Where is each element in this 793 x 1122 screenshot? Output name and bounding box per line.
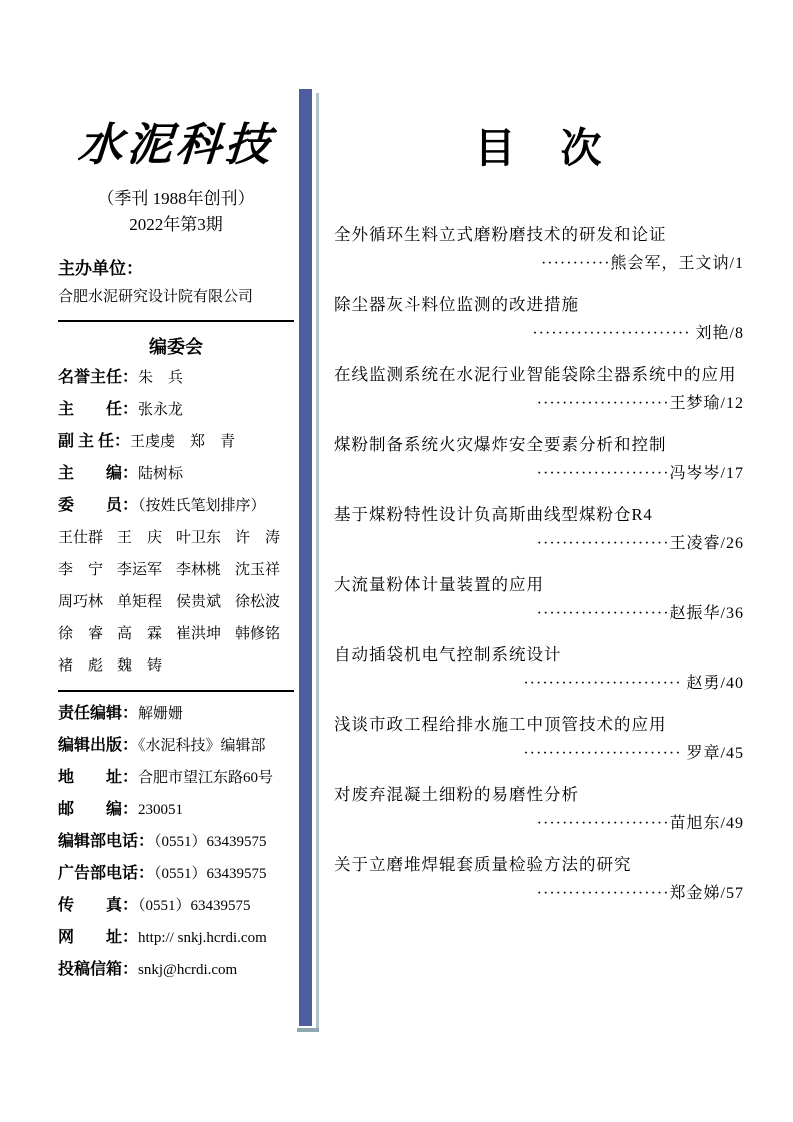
board-row-label: 主 编： <box>58 465 138 482</box>
rule-top <box>58 320 294 322</box>
info-row-label: 投稿信箱： <box>58 961 138 978</box>
member-name: 侯贵斌 <box>176 586 235 618</box>
toc-entry: 除尘器灰斗料位监测的改进措施 ·························… <box>334 290 744 348</box>
toc-entry: 对废弃混凝土细粉的易磨性分析 ·····················苗旭东/… <box>334 780 744 838</box>
toc-entry: 浅谈市政工程给排水施工中顶管技术的应用 ····················… <box>334 710 744 768</box>
board-row-value: 张永龙 <box>138 402 183 418</box>
journal-subtitle: （季刊 1988年创刊） <box>58 186 294 212</box>
info-row-label: 邮 编： <box>58 801 138 818</box>
member-name: 高 霖 <box>117 618 176 650</box>
member-name: 李林桃 <box>176 554 235 586</box>
toc-entry-byline: ························· 刘艳/8 <box>334 319 744 348</box>
editorial-board-members: 王仕群 王 庆 叶卫东 许 涛 李 宁 李运军 李林桃 沈玉祥 周巧林 单矩程 … <box>58 522 294 682</box>
editorial-board-heading: 编委会 <box>58 332 294 362</box>
board-row: 名誉主任：朱 兵 <box>58 362 294 394</box>
info-row-label: 责任编辑： <box>58 705 138 722</box>
divider-bottom-shadow <box>297 1028 319 1032</box>
member-name: 许 涛 <box>235 522 294 554</box>
toc-entry-byline: ························· 赵勇/40 <box>334 669 744 698</box>
organizer-name: 合肥水泥研究设计院有限公司 <box>58 284 294 320</box>
info-row: 广告部电话：（0551）63439575 <box>58 858 294 890</box>
info-row: 地 址：合肥市望江东路60号 <box>58 762 294 794</box>
rule-bottom <box>58 690 294 692</box>
toc-entry-title: 在线监测系统在水泥行业智能袋除尘器系统中的应用 <box>334 360 744 389</box>
toc-entry-byline: ·····················郑金娣/57 <box>334 879 744 908</box>
info-row: 编辑部电话：（0551）63439575 <box>58 826 294 858</box>
member-name: 魏 铸 <box>117 650 176 682</box>
member-name: 徐 睿 <box>58 618 117 650</box>
toc-entry-byline: ·····················赵振华/36 <box>334 599 744 628</box>
toc-entry-title: 对废弃混凝土细粉的易磨性分析 <box>334 780 744 809</box>
info-row-value: 合肥市望江东路60号 <box>138 770 273 786</box>
member-name <box>176 650 235 682</box>
toc-entry: 基于煤粉特性设计负高斯曲线型煤粉仓R4 ····················… <box>334 500 744 558</box>
info-row-value: （0551）63439575 <box>138 898 251 914</box>
info-row: 邮 编：230051 <box>58 794 294 826</box>
member-name: 单矩程 <box>117 586 176 618</box>
info-row-label: 编辑出版： <box>58 737 138 754</box>
toc-entry-title: 基于煤粉特性设计负高斯曲线型煤粉仓R4 <box>334 500 744 529</box>
publication-info: 责任编辑：解姗姗 编辑出版：《水泥科技》编辑部 地 址：合肥市望江东路60号 邮… <box>58 698 294 986</box>
board-row: 委 员：（按姓氏笔划排序） <box>58 490 294 522</box>
member-name: 褚 彪 <box>58 650 117 682</box>
info-row: 编辑出版：《水泥科技》编辑部 <box>58 730 294 762</box>
toc-entry: 煤粉制备系统火灾爆炸安全要素分析和控制 ····················… <box>334 430 744 488</box>
board-row: 副 主 任：王虔虔 郑 青 <box>58 426 294 458</box>
toc-entry: 大流量粉体计量装置的应用 ·····················赵振华/36 <box>334 570 744 628</box>
toc-entry-title: 自动插袋机电气控制系统设计 <box>334 640 744 669</box>
divider-right-shadow <box>316 93 319 1030</box>
toc-entry-title: 煤粉制备系统火灾爆炸安全要素分析和控制 <box>334 430 744 459</box>
toc-entry-byline: ·····················王梦瑜/12 <box>334 389 744 418</box>
info-row: 传 真：（0551）63439575 <box>58 890 294 922</box>
member-name: 李 宁 <box>58 554 117 586</box>
board-row-label: 副 主 任： <box>58 433 130 450</box>
member-name: 王仕群 <box>58 522 117 554</box>
board-row-label: 名誉主任： <box>58 369 138 386</box>
info-row-label: 广告部电话： <box>58 865 154 882</box>
board-row-value: （按姓氏笔划排序） <box>138 498 266 514</box>
toc-entry-title: 全外循环生料立式磨粉磨技术的研发和论证 <box>334 220 744 249</box>
board-row: 主 任：张永龙 <box>58 394 294 426</box>
left-column: 水泥科技 （季刊 1988年创刊） 2022年第3期 主办单位： 合肥水泥研究设… <box>58 110 294 986</box>
member-name: 韩修铭 <box>235 618 294 650</box>
member-name: 崔洪坤 <box>176 618 235 650</box>
organizer-label: 主办单位： <box>58 254 294 284</box>
board-row-value: 朱 兵 <box>138 370 183 386</box>
toc-entry-title: 浅谈市政工程给排水施工中顶管技术的应用 <box>334 710 744 739</box>
info-row-value: （0551）63439575 <box>154 834 267 850</box>
member-name: 徐松波 <box>235 586 294 618</box>
member-name: 李运军 <box>117 554 176 586</box>
board-row-value: 陆树标 <box>138 466 183 482</box>
journal-cover-page: 水泥科技 （季刊 1988年创刊） 2022年第3期 主办单位： 合肥水泥研究设… <box>0 0 793 1122</box>
toc-entry-title: 除尘器灰斗料位监测的改进措施 <box>334 290 744 319</box>
toc-entry-byline: ·····················冯岑岑/17 <box>334 459 744 488</box>
board-row: 主 编：陆树标 <box>58 458 294 490</box>
toc-entry-byline: ·····················王凌睿/26 <box>334 529 744 558</box>
info-row: 网 址：http:// snkj.hcrdi.com <box>58 922 294 954</box>
member-name: 沈玉祥 <box>235 554 294 586</box>
board-row-value: 王虔虔 郑 青 <box>130 434 235 450</box>
member-name: 叶卫东 <box>176 522 235 554</box>
info-row-label: 编辑部电话： <box>58 833 154 850</box>
toc-entry-title: 大流量粉体计量装置的应用 <box>334 570 744 599</box>
toc-entry: 全外循环生料立式磨粉磨技术的研发和论证 ···········熊会军，王文讷/1 <box>334 220 744 278</box>
info-row-value: 230051 <box>138 802 183 818</box>
info-row: 责任编辑：解姗姗 <box>58 698 294 730</box>
divider-bar <box>299 89 312 1026</box>
toc-entry-byline: ·····················苗旭东/49 <box>334 809 744 838</box>
board-row-label: 主 任： <box>58 401 138 418</box>
info-row: 投稿信箱：snkj@hcrdi.com <box>58 954 294 986</box>
member-name: 王 庆 <box>117 522 176 554</box>
toc-heading: 目 次 <box>334 120 744 176</box>
info-row-value: 解姗姗 <box>138 706 183 722</box>
journal-title: 水泥科技 <box>56 110 297 180</box>
info-row-value: http:// snkj.hcrdi.com <box>138 930 267 946</box>
info-row-value: （0551）63439575 <box>154 866 267 882</box>
info-row-value: 《水泥科技》编辑部 <box>138 738 266 754</box>
info-row-label: 传 真： <box>58 897 138 914</box>
toc-entry: 在线监测系统在水泥行业智能袋除尘器系统中的应用 ················… <box>334 360 744 418</box>
toc-entry: 自动插袋机电气控制系统设计 ························· … <box>334 640 744 698</box>
info-row-label: 地 址： <box>58 769 138 786</box>
member-name <box>235 650 294 682</box>
toc-entry-byline: ···········熊会军，王文讷/1 <box>334 249 744 278</box>
toc-entry-byline: ························· 罗章/45 <box>334 739 744 768</box>
table-of-contents: 目 次 全外循环生料立式磨粉磨技术的研发和论证 ···········熊会军，王… <box>334 120 744 920</box>
toc-entry-title: 关于立磨堆焊辊套质量检验方法的研究 <box>334 850 744 879</box>
journal-issue: 2022年第3期 <box>58 212 294 238</box>
info-row-value: snkj@hcrdi.com <box>138 962 237 978</box>
toc-entry: 关于立磨堆焊辊套质量检验方法的研究 ·····················郑… <box>334 850 744 908</box>
info-row-label: 网 址： <box>58 929 138 946</box>
board-row-label: 委 员： <box>58 497 138 514</box>
member-name: 周巧林 <box>58 586 117 618</box>
